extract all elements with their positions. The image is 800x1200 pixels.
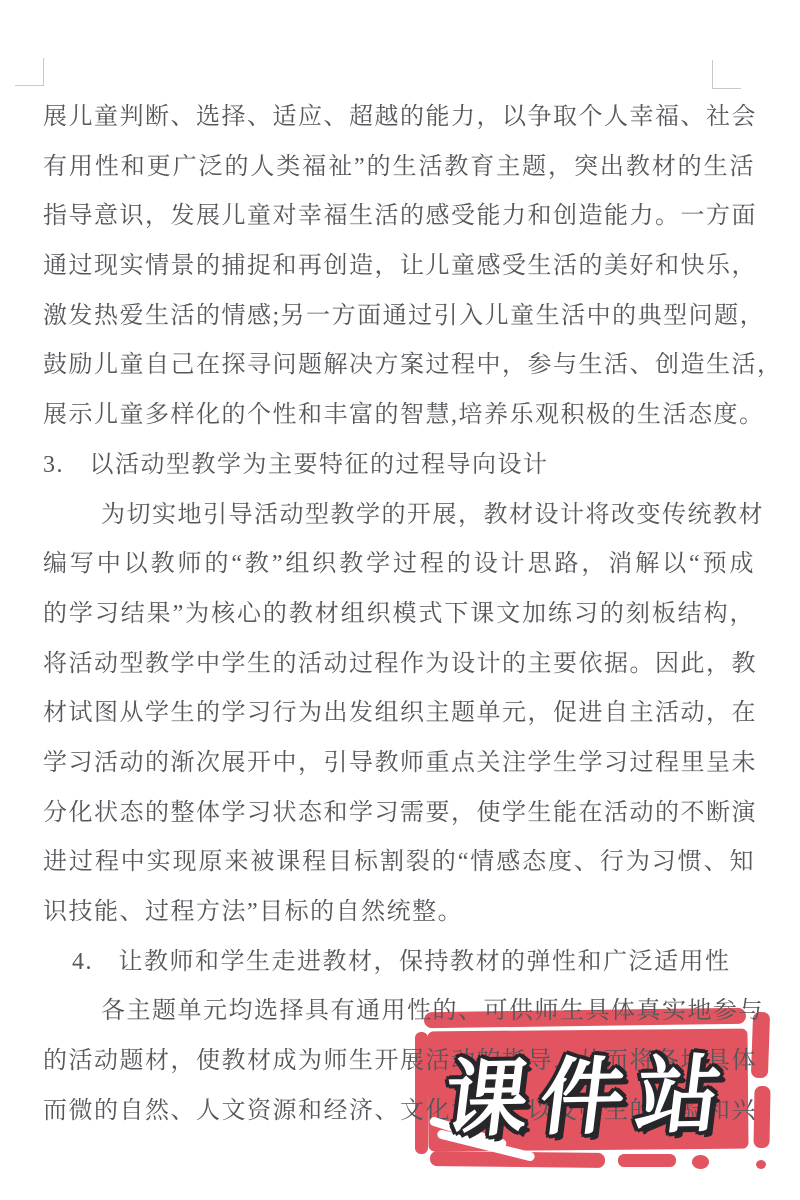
- paragraph-first-line: 为切实地引导活动型教学的开展，教材设计将改变传统教材: [43, 491, 755, 541]
- text-boundary-corner-mark-top-left: [15, 58, 44, 86]
- text-line: 学习活动的渐次展开中，引导教师重点关注学生学习过程里呈未: [43, 739, 755, 789]
- text-boundary-corner-mark-top-right: [712, 60, 741, 89]
- document-page: 展儿童判断、选择、适应、超越的能力，以争取个人幸福、社会 有用性和更广泛的人类福…: [0, 0, 800, 1200]
- section-heading-4: 4. 让教师和学生走进教材，保持教材的弹性和广泛适用性: [43, 938, 755, 988]
- text-line: 材试图从学生的学习行为出发组织主题单元，促进自主活动，在: [43, 689, 755, 739]
- text-line: 激发热爱生活的情感;另一方面通过引入儿童生活中的典型问题，: [43, 292, 755, 342]
- stamp-watermark-text: 课件站: [425, 1029, 754, 1151]
- section-heading-3: 3. 以活动型教学为主要特征的过程导向设计: [43, 441, 755, 491]
- stamp-border-bottom-middle-segment: [618, 1154, 676, 1167]
- text-line: 进过程中实现原来被课程目标割裂的“情感态度、行为习惯、知: [43, 838, 755, 888]
- text-line: 展示儿童多样化的个性和丰富的智慧,培养乐观积极的生活态度。: [43, 391, 755, 441]
- text-line: 展儿童判断、选择、适应、超越的能力，以争取个人幸福、社会: [43, 93, 755, 143]
- text-line: 编写中以教师的“教”组织教学过程的设计思路，消解以“预成: [43, 540, 755, 590]
- text-line: 分化状态的整体学习状态和学习需要，使学生能在活动的不断演: [43, 789, 755, 839]
- stamp-border-bottom-dot: [692, 1155, 709, 1169]
- text-line: 通过现实情景的捕捉和再创造，让儿童感受生活的美好和快乐，: [43, 242, 755, 292]
- text-line: 识技能、过程方法”目标的自然统整。: [43, 888, 755, 938]
- text-line: 的学习结果”为核心的教材组织模式下课文加练习的刻板结构，: [43, 590, 755, 640]
- text-line: 将活动型教学中学生的活动过程作为设计的主要依据。因此，教: [43, 640, 755, 690]
- document-text: 展儿童判断、选择、适应、超越的能力，以争取个人幸福、社会 有用性和更广泛的人类福…: [43, 93, 755, 1136]
- stamp-border-corner-dot: [756, 1160, 766, 1169]
- text-line: 有用性和更广泛的人类福祉”的生活教育主题，突出教材的生活: [43, 143, 755, 193]
- text-line: 鼓励儿童自己在探寻问题解决方案过程中，参与生活、创造生活，: [43, 341, 755, 391]
- text-line: 指导意识，发展儿童对幸福生活的感受能力和创造能力。一方面: [43, 192, 755, 242]
